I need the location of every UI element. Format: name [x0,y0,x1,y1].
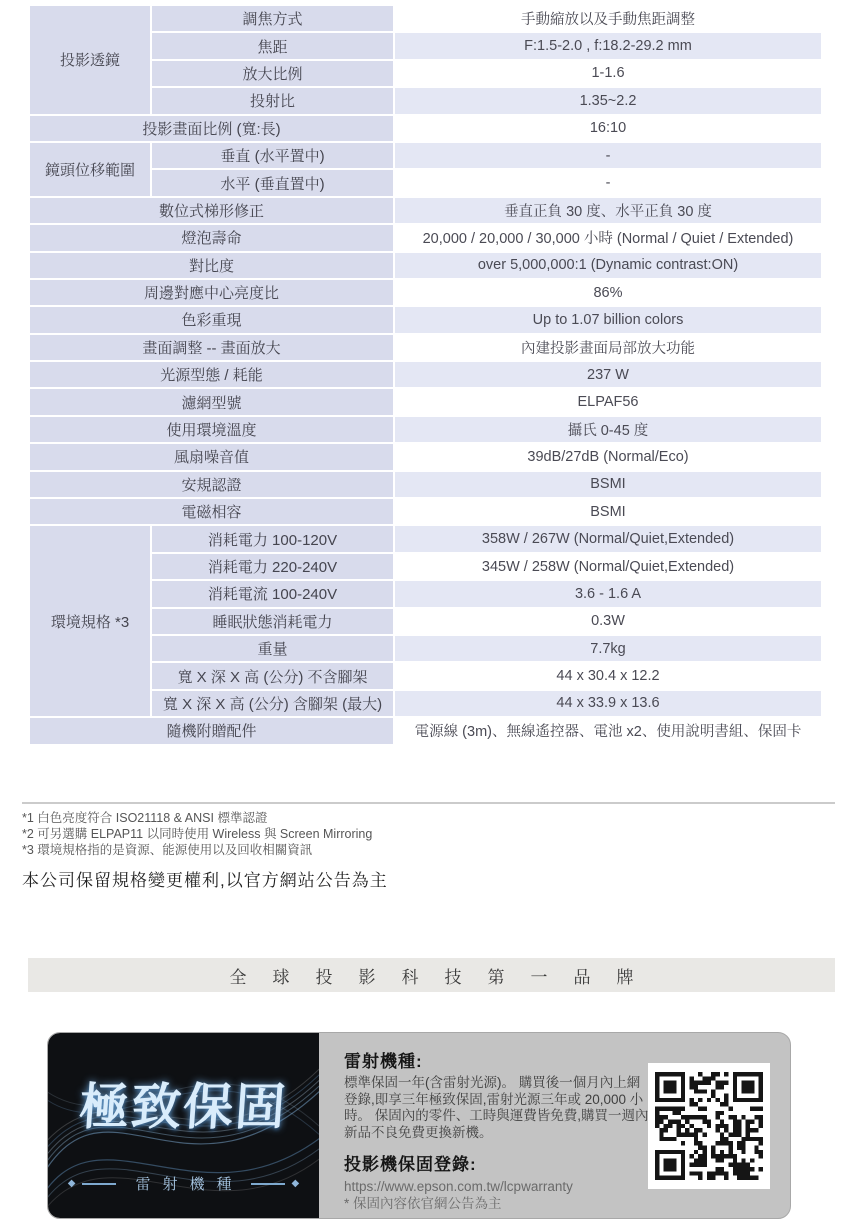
spec-value-cell: 358W / 267W (Normal/Quiet,Extended) [394,525,822,552]
table-row: 數位式梯形修正垂直正負 30 度、水平正負 30 度 [29,197,822,224]
table-row: 光源型態 / 耗能237 W [29,361,822,388]
spec-label-cell: 消耗電力 220-240V [151,553,394,580]
spec-label-cell: 色彩重現 [29,306,394,333]
spec-value-cell: 1-1.6 [394,60,822,87]
spec-label-cell: 隨機附贈配件 [29,717,394,744]
warranty-body: 標準保固一年(含雷射光源)。 購買後一個月內上網登錄,即享三年極致保固,雷射光源… [344,1075,652,1141]
spec-label-cell: 周邊對應中心亮度比 [29,279,394,306]
spec-group-cell: 鏡頭位移範圍 [29,142,151,197]
table-row: 電磁相容BSMI [29,498,822,525]
spec-value-cell: 1.35~2.2 [394,87,822,114]
spec-value-cell: F:1.5-2.0 , f:18.2-29.2 mm [394,32,822,59]
registration-heading: 投影機保固登錄: [344,1150,652,1175]
footnote-1: *1 白色亮度符合 ISO21118 & ANSI 標準認證 [22,810,372,826]
table-row: 畫面調整 -- 畫面放大內建投影畫面局部放大功能 [29,334,822,361]
table-row: 鏡頭位移範圍垂直 (水平置中)- [29,142,822,169]
divider-line [82,1183,116,1185]
footnotes: *1 白色亮度符合 ISO21118 & ANSI 標準認證 *2 可另選購 E… [22,810,372,858]
table-row: 對比度over 5,000,000:1 (Dynamic contrast:ON… [29,252,822,279]
spec-label-cell: 睡眠狀態消耗電力 [151,608,394,635]
badge-subtitle: 雷射機種 [123,1173,243,1194]
spec-label-cell: 放大比例 [151,60,394,87]
spec-label-cell: 畫面調整 -- 畫面放大 [29,334,394,361]
warranty-info: 雷射機種: 標準保固一年(含雷射光源)。 購買後一個月內上網登錄,即享三年極致保… [344,1047,652,1212]
spec-value-cell: 237 W [394,361,822,388]
spec-label-cell: 寬 X 深 X 高 (公分) 不含腳架 [151,662,394,689]
spec-value-cell: 電源線 (3m)、無線遙控器、電池 x2、使用說明書組、保固卡 [394,717,822,744]
spec-label-cell: 焦距 [151,32,394,59]
spec-label-cell: 投影畫面比例 (寬:長) [29,115,394,142]
table-row: 環境規格 *3消耗電力 100-120V358W / 267W (Normal/… [29,525,822,552]
spec-label-cell: 對比度 [29,252,394,279]
spec-label-cell: 重量 [151,635,394,662]
spec-value-cell: 垂直正負 30 度、水平正負 30 度 [394,197,822,224]
spec-label-cell: 垂直 (水平置中) [151,142,394,169]
slogan-band: 全球投影科技第一品牌 [28,958,835,992]
spec-label-cell: 投射比 [151,87,394,114]
qr-code [648,1063,770,1189]
spec-value-cell: BSMI [394,471,822,498]
diamond-icon: ◆ [68,1179,76,1189]
spec-value-cell: 39dB/27dB (Normal/Eco) [394,443,822,470]
table-row: 隨機附贈配件電源線 (3m)、無線遙控器、電池 x2、使用說明書組、保固卡 [29,717,822,744]
table-row: 投影畫面比例 (寬:長)16:10 [29,115,822,142]
table-row: 使用環境溫度攝氏 0-45 度 [29,416,822,443]
spec-value-cell: - [394,142,822,169]
spec-value-cell: 攝氏 0-45 度 [394,416,822,443]
diamond-icon: ◆ [292,1179,300,1189]
registration-url: https://www.epson.com.tw/lcpwarranty [344,1178,652,1195]
spec-value-cell: 7.7kg [394,635,822,662]
spec-label-cell: 消耗電流 100-240V [151,580,394,607]
spec-value-cell: 86% [394,279,822,306]
spec-group-cell: 環境規格 *3 [29,525,151,717]
footnote-2: *2 可另選購 ELPAP11 以同時使用 Wireless 與 Screen … [22,826,372,842]
spec-label-cell: 電磁相容 [29,498,394,525]
table-row: 濾網型號ELPAF56 [29,388,822,415]
badge-title: 極致保固 [48,1067,319,1139]
warranty-heading: 雷射機種: [344,1047,652,1072]
table-row: 風扇噪音值39dB/27dB (Normal/Eco) [29,443,822,470]
spec-value-cell: 3.6 - 1.6 A [394,580,822,607]
spec-label-cell: 寬 X 深 X 高 (公分) 含腳架 (最大) [151,690,394,717]
spec-sheet-page: 投影透鏡調焦方式手動縮放以及手動焦距調整 焦距F:1.5-2.0 , f:18.… [0,0,850,1230]
spec-value-cell: - [394,169,822,196]
spec-value-cell: 20,000 / 20,000 / 30,000 小時 (Normal / Qu… [394,224,822,251]
spec-table: 投影透鏡調焦方式手動縮放以及手動焦距調整 焦距F:1.5-2.0 , f:18.… [28,4,823,746]
spec-label-cell: 光源型態 / 耗能 [29,361,394,388]
spec-value-cell: 內建投影畫面局部放大功能 [394,334,822,361]
spec-value-cell: over 5,000,000:1 (Dynamic contrast:ON) [394,252,822,279]
spec-value-cell: 手動縮放以及手動焦距調整 [394,5,822,32]
spec-change-notice: 本公司保留規格變更權利,以官方網站公告為主 [22,866,388,891]
divider-line [251,1183,285,1185]
spec-label-cell: 調焦方式 [151,5,394,32]
spec-label-cell: 燈泡壽命 [29,224,394,251]
table-row: 周邊對應中心亮度比86% [29,279,822,306]
table-row: 色彩重現Up to 1.07 billion colors [29,306,822,333]
registration-note: * 保固內容依官網公告為主 [344,1195,652,1212]
spec-value-cell: 345W / 258W (Normal/Quiet,Extended) [394,553,822,580]
spec-label-cell: 數位式梯形修正 [29,197,394,224]
spec-value-cell: 16:10 [394,115,822,142]
badge-subtitle-row: ◆ 雷射機種 ◆ [48,1173,319,1194]
spec-group-cell: 投影透鏡 [29,5,151,115]
slogan-text: 全球投影科技第一品牌 [204,963,660,988]
spec-label-cell: 風扇噪音值 [29,443,394,470]
spec-value-cell: BSMI [394,498,822,525]
table-row: 投影透鏡調焦方式手動縮放以及手動焦距調整 [29,5,822,32]
spec-label-cell: 水平 (垂直置中) [151,169,394,196]
warranty-badge: 極致保固 ◆ 雷射機種 ◆ [48,1033,319,1218]
spec-label-cell: 濾網型號 [29,388,394,415]
table-bottom-rule [22,802,835,804]
spec-value-cell: 0.3W [394,608,822,635]
spec-label-cell: 使用環境溫度 [29,416,394,443]
spec-label-cell: 消耗電力 100-120V [151,525,394,552]
spec-label-cell: 安規認證 [29,471,394,498]
table-row: 燈泡壽命20,000 / 20,000 / 30,000 小時 (Normal … [29,224,822,251]
table-row: 安規認證BSMI [29,471,822,498]
warranty-banner: 極致保固 ◆ 雷射機種 ◆ 雷射機種: 標準保固一年(含雷射光源)。 購買後一個… [47,1032,791,1219]
spec-value-cell: 44 x 33.9 x 13.6 [394,690,822,717]
spec-value-cell: 44 x 30.4 x 12.2 [394,662,822,689]
footnote-3: *3 環境規格指的是資源、能源使用以及回收相關資訊 [22,842,372,858]
spec-value-cell: ELPAF56 [394,388,822,415]
spec-value-cell: Up to 1.07 billion colors [394,306,822,333]
